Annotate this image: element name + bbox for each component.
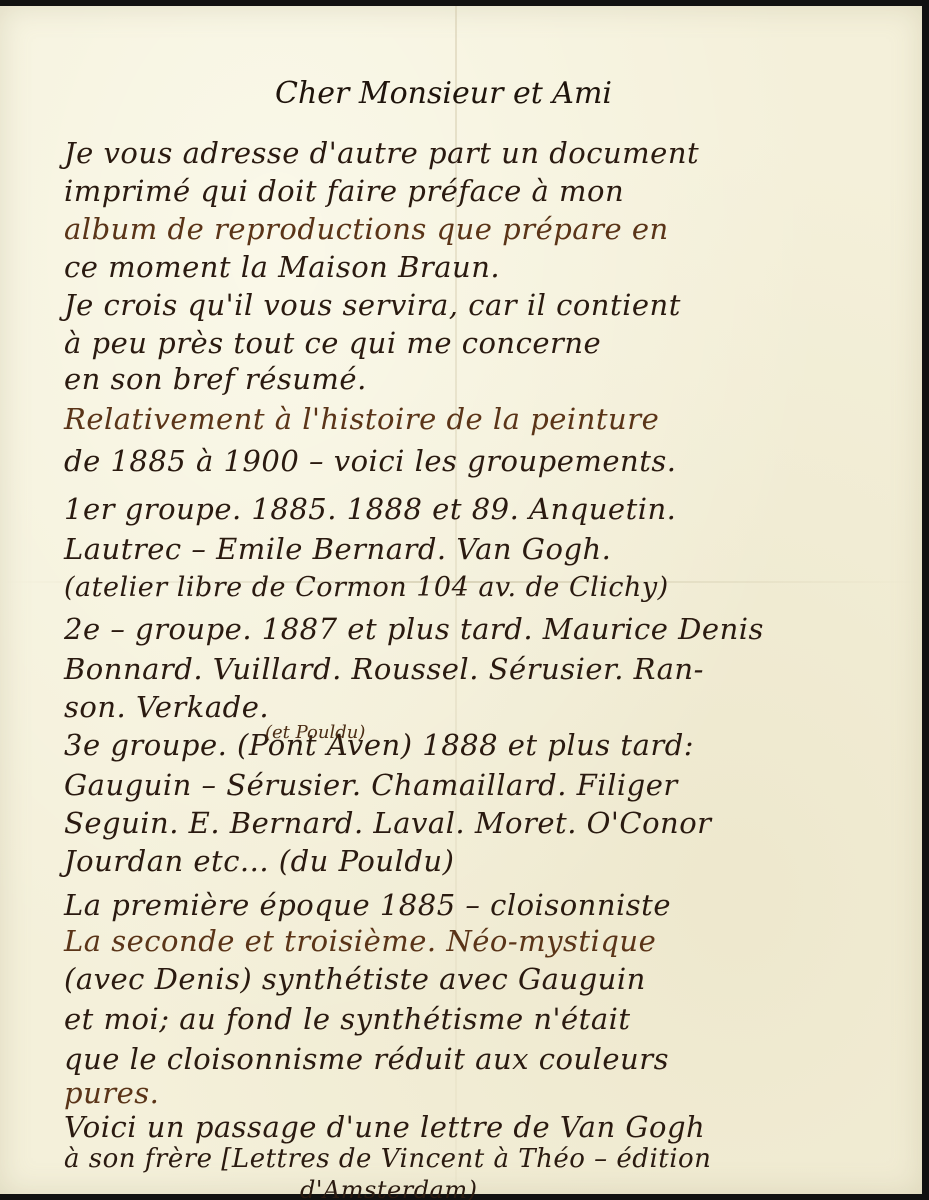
letter-line: 2e – groupe. 1887 et plus tard. Maurice … (64, 612, 764, 646)
salutation: Cher Monsieur et Ami (275, 76, 612, 111)
letter-line: en son bref résumé. (64, 362, 367, 396)
letter-line: d'Amsterdam) (300, 1176, 477, 1200)
letter-line: Jourdan etc... (du Pouldu) (64, 844, 454, 878)
letter-line: Seguin. E. Bernard. Laval. Moret. O'Cono… (64, 806, 712, 840)
letter-line: ce moment la Maison Braun. (64, 250, 500, 284)
letter-line: de 1885 à 1900 – voici les groupements. (64, 444, 677, 478)
letter-line: (avec Denis) synthétiste avec Gauguin (64, 962, 646, 996)
letter-line: Gauguin – Sérusier. Chamaillard. Filiger (64, 768, 678, 802)
letter-line: imprimé qui doit faire préface à mon (64, 174, 624, 208)
letter-line: Je vous adresse d'autre part un document (64, 136, 699, 170)
letter-line: (atelier libre de Cormon 104 av. de Clic… (64, 572, 669, 603)
letter-line: et moi; au fond le synthétisme n'était (64, 1002, 631, 1036)
letter-line: à son frère [Lettres de Vincent à Théo –… (64, 1144, 711, 1174)
letter-line: 3e groupe. (Pont Aven) 1888 et plus tard… (64, 728, 694, 762)
letter-page: Cher Monsieur et Ami Je vous adresse d'a… (0, 6, 922, 1194)
letter-line: 1er groupe. 1885. 1888 et 89. Anquetin. (64, 492, 676, 526)
letter-line: Relativement à l'histoire de la peinture (64, 402, 659, 436)
letter-line: La première époque 1885 – cloisonniste (64, 888, 671, 922)
letter-line: que le cloisonnisme réduit aux couleurs (64, 1042, 669, 1076)
interlinear-insertion: (et Pouldu) (265, 722, 365, 743)
letter-line: pures. (64, 1076, 159, 1110)
letter-line: La seconde et troisième. Néo-mystique (64, 924, 656, 958)
letter-line: son. Verkade. (64, 690, 269, 724)
letter-line: à peu près tout ce qui me concerne (64, 326, 601, 360)
letter-line: Bonnard. Vuillard. Roussel. Sérusier. Ra… (64, 652, 704, 686)
letter-line: Je crois qu'il vous servira, car il cont… (64, 288, 681, 322)
letter-line: Voici un passage d'une lettre de Van Gog… (64, 1110, 705, 1144)
letter-line: Lautrec – Emile Bernard. Van Gogh. (64, 532, 611, 566)
letter-line: album de reproductions que prépare en (64, 212, 669, 246)
